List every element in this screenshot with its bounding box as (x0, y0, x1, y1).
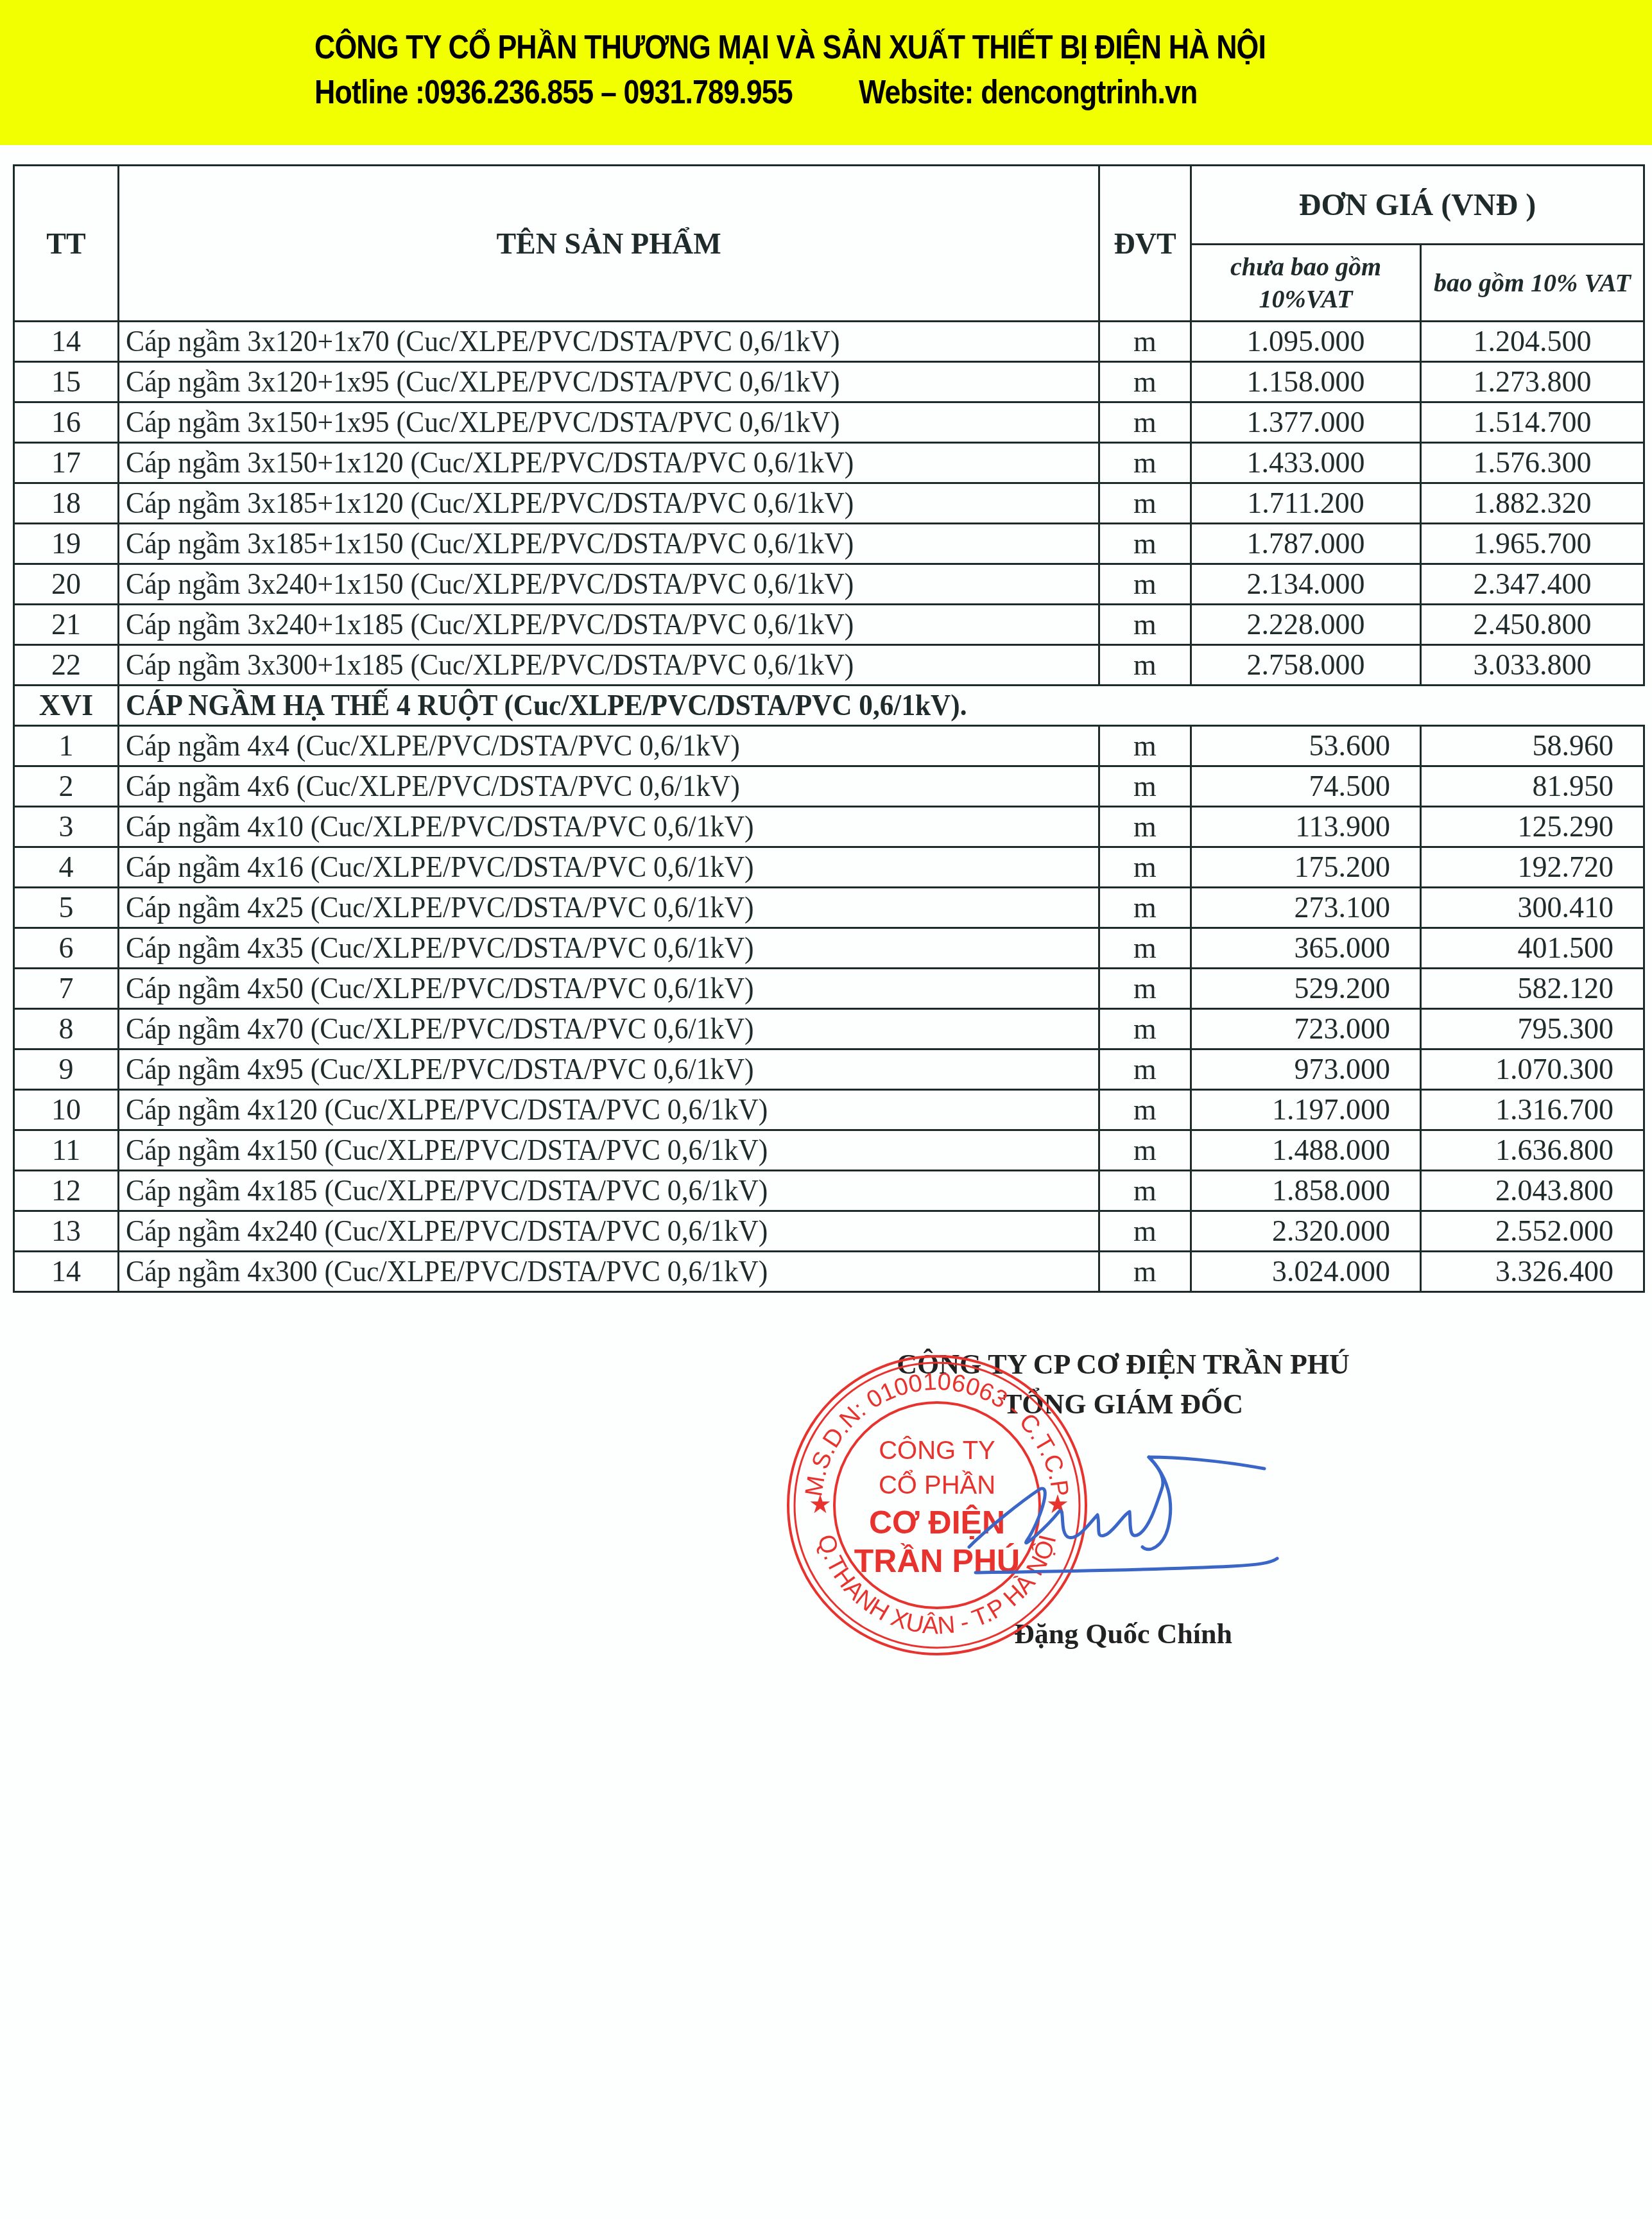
row-number: 3 (14, 807, 119, 847)
banner-website: Website: dencongtrinh.vn (859, 74, 1198, 111)
price-excl-vat: 1.158.000 (1191, 362, 1421, 402)
row-number: 5 (14, 888, 119, 928)
price-excl-vat: 1.488.000 (1191, 1130, 1421, 1171)
product-name-text: Cáp ngầm 4x95 (Cuc/XLPE/PVC/DSTA/PVC 0,6… (126, 1050, 754, 1089)
table-row: 15Cáp ngầm 3x120+1x95 (Cuc/XLPE/PVC/DSTA… (14, 362, 1644, 402)
section-4core-header: XVI CÁP NGẦM HẠ THẾ 4 RUỘT (Cuc/XLPE/PVC… (14, 686, 1644, 726)
unit-of-measure: m (1099, 888, 1191, 928)
unit-of-measure: m (1099, 362, 1191, 402)
unit-of-measure: m (1099, 1090, 1191, 1130)
price-incl-vat: 3.033.800 (1421, 645, 1644, 686)
banner-hotline: Hotline :0936.236.855 – 0931.789.955 (314, 74, 793, 111)
product-name-text: Cáp ngầm 4x16 (Cuc/XLPE/PVC/DSTA/PVC 0,6… (126, 848, 754, 886)
product-name: Cáp ngầm 3x300+1x185 (Cuc/XLPE/PVC/DSTA/… (119, 645, 1099, 686)
row-number: 20 (14, 564, 119, 605)
price-incl-vat: 300.410 (1421, 888, 1644, 928)
row-number: 16 (14, 402, 119, 443)
row-number: 2 (14, 766, 119, 807)
product-name-text: Cáp ngầm 4x25 (Cuc/XLPE/PVC/DSTA/PVC 0,6… (126, 888, 754, 927)
table-row: 11Cáp ngầm 4x150 (Cuc/XLPE/PVC/DSTA/PVC … (14, 1130, 1644, 1171)
column-header-product-name: TÊN SẢN PHẨM (119, 166, 1099, 322)
product-name-text: Cáp ngầm 4x185 (Cuc/XLPE/PVC/DSTA/PVC 0,… (126, 1171, 768, 1210)
price-incl-vat: 2.347.400 (1421, 564, 1644, 605)
unit-of-measure: m (1099, 928, 1191, 969)
price-excl-vat: 53.600 (1191, 726, 1421, 766)
row-number: 22 (14, 645, 119, 686)
table-row: 6Cáp ngầm 4x35 (Cuc/XLPE/PVC/DSTA/PVC 0,… (14, 928, 1644, 969)
product-name: Cáp ngầm 4x16 (Cuc/XLPE/PVC/DSTA/PVC 0,6… (119, 847, 1099, 888)
unit-of-measure: m (1099, 564, 1191, 605)
product-name: Cáp ngầm 4x240 (Cuc/XLPE/PVC/DSTA/PVC 0,… (119, 1211, 1099, 1252)
product-name: Cáp ngầm 3x240+1x150 (Cuc/XLPE/PVC/DSTA/… (119, 564, 1099, 605)
product-name-text: Cáp ngầm 3x300+1x185 (Cuc/XLPE/PVC/DSTA/… (126, 646, 854, 684)
product-name: Cáp ngầm 4x4 (Cuc/XLPE/PVC/DSTA/PVC 0,6/… (119, 726, 1099, 766)
section-title: CÁP NGẦM HẠ THẾ 4 RUỘT (Cuc/XLPE/PVC/DST… (119, 686, 1644, 726)
price-excl-vat: 1.377.000 (1191, 402, 1421, 443)
price-excl-vat: 2.134.000 (1191, 564, 1421, 605)
product-name-text: Cáp ngầm 3x120+1x70 (Cuc/XLPE/PVC/DSTA/P… (126, 322, 839, 361)
price-incl-vat: 582.120 (1421, 969, 1644, 1009)
product-name-text: Cáp ngầm 4x6 (Cuc/XLPE/PVC/DSTA/PVC 0,6/… (126, 767, 740, 806)
row-number: 11 (14, 1130, 119, 1171)
price-excl-vat: 1.858.000 (1191, 1171, 1421, 1211)
section-number: XVI (14, 686, 119, 726)
price-excl-vat: 113.900 (1191, 807, 1421, 847)
section-3core-rows: 14Cáp ngầm 3x120+1x70 (Cuc/XLPE/PVC/DSTA… (14, 322, 1644, 686)
product-name-text: Cáp ngầm 3x240+1x185 (Cuc/XLPE/PVC/DSTA/… (126, 605, 854, 644)
price-incl-vat: 125.290 (1421, 807, 1644, 847)
unit-of-measure: m (1099, 1171, 1191, 1211)
row-number: 18 (14, 483, 119, 524)
unit-of-measure: m (1099, 1049, 1191, 1090)
section-title-text: CÁP NGẦM HẠ THẾ 4 RUỘT (Cuc/XLPE/PVC/DST… (126, 686, 967, 725)
column-header-unit-price: ĐƠN GIÁ (VNĐ ) (1191, 166, 1644, 245)
price-excl-vat: 74.500 (1191, 766, 1421, 807)
product-name: Cáp ngầm 3x185+1x120 (Cuc/XLPE/PVC/DSTA/… (119, 483, 1099, 524)
row-number: 7 (14, 969, 119, 1009)
product-name-text: Cáp ngầm 4x50 (Cuc/XLPE/PVC/DSTA/PVC 0,6… (126, 969, 754, 1008)
table-row: 9Cáp ngầm 4x95 (Cuc/XLPE/PVC/DSTA/PVC 0,… (14, 1049, 1644, 1090)
product-name: Cáp ngầm 4x10 (Cuc/XLPE/PVC/DSTA/PVC 0,6… (119, 807, 1099, 847)
product-name-text: Cáp ngầm 3x120+1x95 (Cuc/XLPE/PVC/DSTA/P… (126, 363, 839, 401)
column-header-unit: ĐVT (1099, 166, 1191, 322)
table-row: 13Cáp ngầm 4x240 (Cuc/XLPE/PVC/DSTA/PVC … (14, 1211, 1644, 1252)
product-name: Cáp ngầm 4x120 (Cuc/XLPE/PVC/DSTA/PVC 0,… (119, 1090, 1099, 1130)
price-excl-vat: 175.200 (1191, 847, 1421, 888)
product-name-text: Cáp ngầm 4x4 (Cuc/XLPE/PVC/DSTA/PVC 0,6/… (126, 727, 740, 765)
product-name: Cáp ngầm 4x35 (Cuc/XLPE/PVC/DSTA/PVC 0,6… (119, 928, 1099, 969)
unit-of-measure: m (1099, 807, 1191, 847)
price-excl-vat: 1.787.000 (1191, 524, 1421, 564)
price-incl-vat: 1.636.800 (1421, 1130, 1644, 1171)
seal-star-left-icon: ★ (809, 1490, 832, 1519)
row-number: 13 (14, 1211, 119, 1252)
price-incl-vat: 81.950 (1421, 766, 1644, 807)
table-row: 4Cáp ngầm 4x16 (Cuc/XLPE/PVC/DSTA/PVC 0,… (14, 847, 1644, 888)
product-name-text: Cáp ngầm 3x150+1x95 (Cuc/XLPE/PVC/DSTA/P… (126, 403, 839, 442)
price-excl-vat: 529.200 (1191, 969, 1421, 1009)
product-name-text: Cáp ngầm 3x240+1x150 (Cuc/XLPE/PVC/DSTA/… (126, 565, 854, 603)
price-incl-vat: 1.576.300 (1421, 443, 1644, 483)
row-number: 21 (14, 605, 119, 645)
table-row: 10Cáp ngầm 4x120 (Cuc/XLPE/PVC/DSTA/PVC … (14, 1090, 1644, 1130)
unit-of-measure: m (1099, 322, 1191, 362)
price-excl-vat: 3.024.000 (1191, 1252, 1421, 1292)
unit-of-measure: m (1099, 766, 1191, 807)
product-name: Cáp ngầm 4x300 (Cuc/XLPE/PVC/DSTA/PVC 0,… (119, 1252, 1099, 1292)
price-excl-vat: 1.095.000 (1191, 322, 1421, 362)
price-excl-vat: 365.000 (1191, 928, 1421, 969)
unit-of-measure: m (1099, 847, 1191, 888)
product-name-text: Cáp ngầm 4x120 (Cuc/XLPE/PVC/DSTA/PVC 0,… (126, 1091, 768, 1129)
price-excl-vat: 1.433.000 (1191, 443, 1421, 483)
price-table-header: TT TÊN SẢN PHẨM ĐVT ĐƠN GIÁ (VNĐ ) chưa … (14, 166, 1644, 322)
price-excl-vat: 1.197.000 (1191, 1090, 1421, 1130)
table-row: 18Cáp ngầm 3x185+1x120 (Cuc/XLPE/PVC/DST… (14, 483, 1644, 524)
price-incl-vat: 58.960 (1421, 726, 1644, 766)
product-name: Cáp ngầm 4x95 (Cuc/XLPE/PVC/DSTA/PVC 0,6… (119, 1049, 1099, 1090)
table-row: 5Cáp ngầm 4x25 (Cuc/XLPE/PVC/DSTA/PVC 0,… (14, 888, 1644, 928)
price-incl-vat: 1.514.700 (1421, 402, 1644, 443)
table-row: 22Cáp ngầm 3x300+1x185 (Cuc/XLPE/PVC/DST… (14, 645, 1644, 686)
table-row: 8Cáp ngầm 4x70 (Cuc/XLPE/PVC/DSTA/PVC 0,… (14, 1009, 1644, 1049)
row-number: 4 (14, 847, 119, 888)
unit-of-measure: m (1099, 1130, 1191, 1171)
price-incl-vat: 1.070.300 (1421, 1049, 1644, 1090)
product-name-text: Cáp ngầm 4x10 (Cuc/XLPE/PVC/DSTA/PVC 0,6… (126, 807, 754, 846)
column-header-price-incl-vat: bao gồm 10% VAT (1421, 245, 1644, 322)
unit-of-measure: m (1099, 1211, 1191, 1252)
product-name-text: Cáp ngầm 4x70 (Cuc/XLPE/PVC/DSTA/PVC 0,6… (126, 1010, 754, 1048)
table-row: 7Cáp ngầm 4x50 (Cuc/XLPE/PVC/DSTA/PVC 0,… (14, 969, 1644, 1009)
row-number: 6 (14, 928, 119, 969)
price-incl-vat: 1.965.700 (1421, 524, 1644, 564)
product-name-text: Cáp ngầm 3x150+1x120 (Cuc/XLPE/PVC/DSTA/… (126, 444, 854, 482)
product-name: Cáp ngầm 3x120+1x95 (Cuc/XLPE/PVC/DSTA/P… (119, 362, 1099, 402)
table-row: 20Cáp ngầm 3x240+1x150 (Cuc/XLPE/PVC/DST… (14, 564, 1644, 605)
price-excl-vat: 723.000 (1191, 1009, 1421, 1049)
table-row: 3Cáp ngầm 4x10 (Cuc/XLPE/PVC/DSTA/PVC 0,… (14, 807, 1644, 847)
product-name: Cáp ngầm 4x50 (Cuc/XLPE/PVC/DSTA/PVC 0,6… (119, 969, 1099, 1009)
unit-of-measure: m (1099, 1252, 1191, 1292)
header-banner: CÔNG TY CỔ PHẦN THƯƠNG MẠI VÀ SẢN XUẤT T… (0, 0, 1652, 145)
unit-of-measure: m (1099, 605, 1191, 645)
product-name-text: Cáp ngầm 4x300 (Cuc/XLPE/PVC/DSTA/PVC 0,… (126, 1252, 768, 1291)
row-number: 14 (14, 1252, 119, 1292)
price-incl-vat: 1.273.800 (1421, 362, 1644, 402)
product-name-text: Cáp ngầm 3x185+1x120 (Cuc/XLPE/PVC/DSTA/… (126, 484, 854, 522)
product-name: Cáp ngầm 4x70 (Cuc/XLPE/PVC/DSTA/PVC 0,6… (119, 1009, 1099, 1049)
price-excl-vat: 2.320.000 (1191, 1211, 1421, 1252)
table-row: 2Cáp ngầm 4x6 (Cuc/XLPE/PVC/DSTA/PVC 0,6… (14, 766, 1644, 807)
row-number: 1 (14, 726, 119, 766)
column-header-tt: TT (14, 166, 119, 322)
price-incl-vat: 2.043.800 (1421, 1171, 1644, 1211)
banner-company-name: CÔNG TY CỔ PHẦN THƯƠNG MẠI VÀ SẢN XUẤT T… (314, 28, 1266, 67)
unit-of-measure: m (1099, 443, 1191, 483)
row-number: 17 (14, 443, 119, 483)
price-incl-vat: 795.300 (1421, 1009, 1644, 1049)
table-row: 14Cáp ngầm 4x300 (Cuc/XLPE/PVC/DSTA/PVC … (14, 1252, 1644, 1292)
banner-contact-line: Hotline :0936.236.855 – 0931.789.955Webs… (314, 73, 1198, 112)
row-number: 19 (14, 524, 119, 564)
row-number: 8 (14, 1009, 119, 1049)
unit-of-measure: m (1099, 726, 1191, 766)
table-row: 16Cáp ngầm 3x150+1x95 (Cuc/XLPE/PVC/DSTA… (14, 402, 1644, 443)
table-row: 21Cáp ngầm 3x240+1x185 (Cuc/XLPE/PVC/DST… (14, 605, 1644, 645)
price-incl-vat: 192.720 (1421, 847, 1644, 888)
row-number: 12 (14, 1171, 119, 1211)
unit-of-measure: m (1099, 402, 1191, 443)
row-number: 15 (14, 362, 119, 402)
row-number: 9 (14, 1049, 119, 1090)
product-name: Cáp ngầm 3x185+1x150 (Cuc/XLPE/PVC/DSTA/… (119, 524, 1099, 564)
table-row: 12Cáp ngầm 4x185 (Cuc/XLPE/PVC/DSTA/PVC … (14, 1171, 1644, 1211)
unit-of-measure: m (1099, 969, 1191, 1009)
product-name: Cáp ngầm 3x150+1x95 (Cuc/XLPE/PVC/DSTA/P… (119, 402, 1099, 443)
column-header-price-excl-vat: chưa bao gồm 10%VAT (1191, 245, 1421, 322)
product-name-text: Cáp ngầm 4x240 (Cuc/XLPE/PVC/DSTA/PVC 0,… (126, 1212, 768, 1250)
table-row: 17Cáp ngầm 3x150+1x120 (Cuc/XLPE/PVC/DST… (14, 443, 1644, 483)
price-incl-vat: 1.204.500 (1421, 322, 1644, 362)
table-row: 14Cáp ngầm 3x120+1x70 (Cuc/XLPE/PVC/DSTA… (14, 322, 1644, 362)
product-name: Cáp ngầm 4x150 (Cuc/XLPE/PVC/DSTA/PVC 0,… (119, 1130, 1099, 1171)
product-name-text: Cáp ngầm 3x185+1x150 (Cuc/XLPE/PVC/DSTA/… (126, 524, 854, 563)
row-number: 14 (14, 322, 119, 362)
price-incl-vat: 2.450.800 (1421, 605, 1644, 645)
product-name-text: Cáp ngầm 4x35 (Cuc/XLPE/PVC/DSTA/PVC 0,6… (126, 929, 754, 967)
product-name-text: Cáp ngầm 4x150 (Cuc/XLPE/PVC/DSTA/PVC 0,… (126, 1131, 768, 1170)
price-incl-vat: 1.882.320 (1421, 483, 1644, 524)
table-row: 1Cáp ngầm 4x4 (Cuc/XLPE/PVC/DSTA/PVC 0,6… (14, 726, 1644, 766)
unit-of-measure: m (1099, 524, 1191, 564)
product-name: Cáp ngầm 4x6 (Cuc/XLPE/PVC/DSTA/PVC 0,6/… (119, 766, 1099, 807)
unit-of-measure: m (1099, 1009, 1191, 1049)
price-excl-vat: 273.100 (1191, 888, 1421, 928)
handwritten-signature (963, 1451, 1322, 1605)
product-name: Cáp ngầm 3x150+1x120 (Cuc/XLPE/PVC/DSTA/… (119, 443, 1099, 483)
product-name: Cáp ngầm 3x120+1x70 (Cuc/XLPE/PVC/DSTA/P… (119, 322, 1099, 362)
price-excl-vat: 973.000 (1191, 1049, 1421, 1090)
product-name: Cáp ngầm 3x240+1x185 (Cuc/XLPE/PVC/DSTA/… (119, 605, 1099, 645)
table-row: 19Cáp ngầm 3x185+1x150 (Cuc/XLPE/PVC/DST… (14, 524, 1644, 564)
unit-of-measure: m (1099, 645, 1191, 686)
unit-of-measure: m (1099, 483, 1191, 524)
price-incl-vat: 1.316.700 (1421, 1090, 1644, 1130)
price-excl-vat: 2.758.000 (1191, 645, 1421, 686)
price-excl-vat: 1.711.200 (1191, 483, 1421, 524)
section-4core-rows: 1Cáp ngầm 4x4 (Cuc/XLPE/PVC/DSTA/PVC 0,6… (14, 726, 1644, 1292)
product-name: Cáp ngầm 4x185 (Cuc/XLPE/PVC/DSTA/PVC 0,… (119, 1171, 1099, 1211)
price-incl-vat: 401.500 (1421, 928, 1644, 969)
price-table: TT TÊN SẢN PHẨM ĐVT ĐƠN GIÁ (VNĐ ) chưa … (13, 164, 1645, 1293)
product-name: Cáp ngầm 4x25 (Cuc/XLPE/PVC/DSTA/PVC 0,6… (119, 888, 1099, 928)
row-number: 10 (14, 1090, 119, 1130)
price-excl-vat: 2.228.000 (1191, 605, 1421, 645)
price-incl-vat: 3.326.400 (1421, 1252, 1644, 1292)
price-incl-vat: 2.552.000 (1421, 1211, 1644, 1252)
